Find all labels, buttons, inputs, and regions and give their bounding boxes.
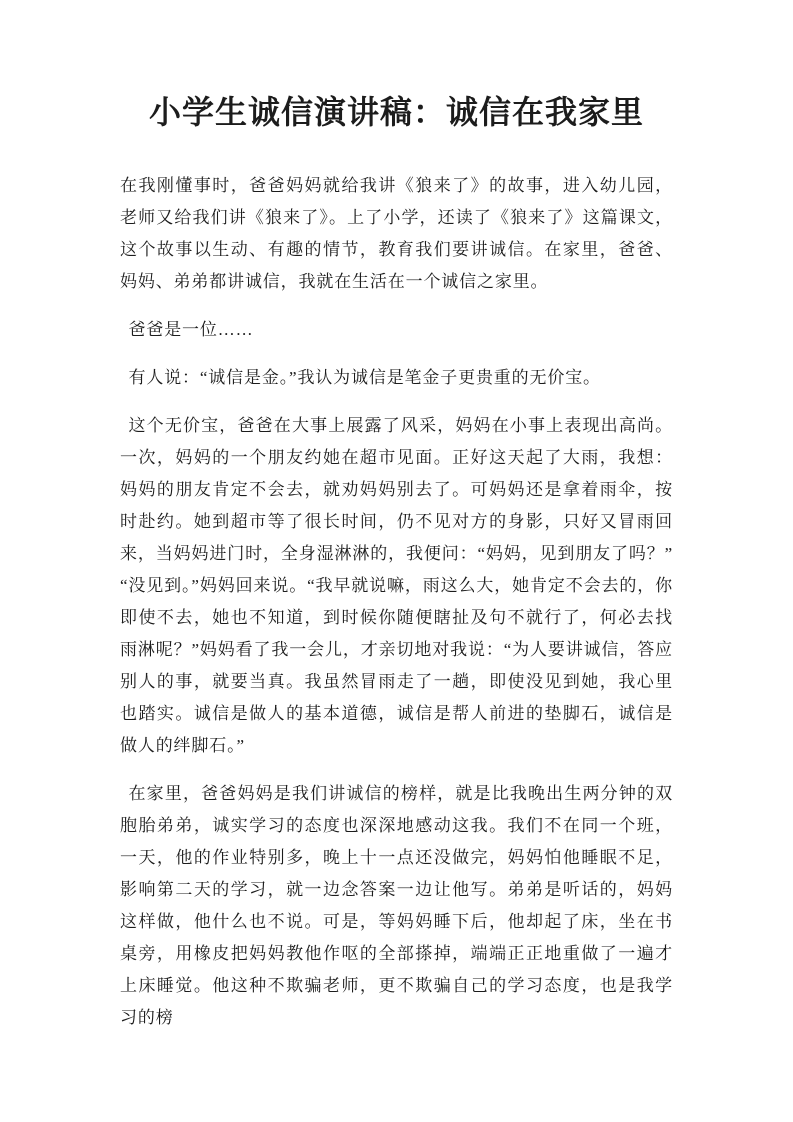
essay-paragraph-quote: 有人说：“诚信是金。”我认为诚信是笔金子更贵重的无价宝。 xyxy=(120,362,673,394)
essay-title: 小学生诚信演讲稿：诚信在我家里 xyxy=(120,92,673,132)
document-page: 小学生诚信演讲稿：诚信在我家里 在我刚懂事时，爸爸妈妈就给我讲《狼来了》的故事，… xyxy=(0,0,793,1122)
essay-paragraph-mother-story: 这个无价宝，爸爸在大事上展露了风采，妈妈在小事上表现出高尚。一次，妈妈的一个朋友… xyxy=(120,410,673,762)
essay-paragraph-father-lead: 爸爸是一位…… xyxy=(120,314,673,346)
essay-paragraph-intro: 在我刚懂事时，爸爸妈妈就给我讲《狼来了》的故事，进入幼儿园，老师又给我们讲《狼来… xyxy=(120,170,673,298)
essay-body: 在我刚懂事时，爸爸妈妈就给我讲《狼来了》的故事，进入幼儿园，老师又给我们讲《狼来… xyxy=(120,170,673,1034)
essay-paragraph-brother-story: 在家里，爸爸妈妈是我们讲诚信的榜样，就是比我晚出生两分钟的双胞胎弟弟，诚实学习的… xyxy=(120,778,673,1034)
